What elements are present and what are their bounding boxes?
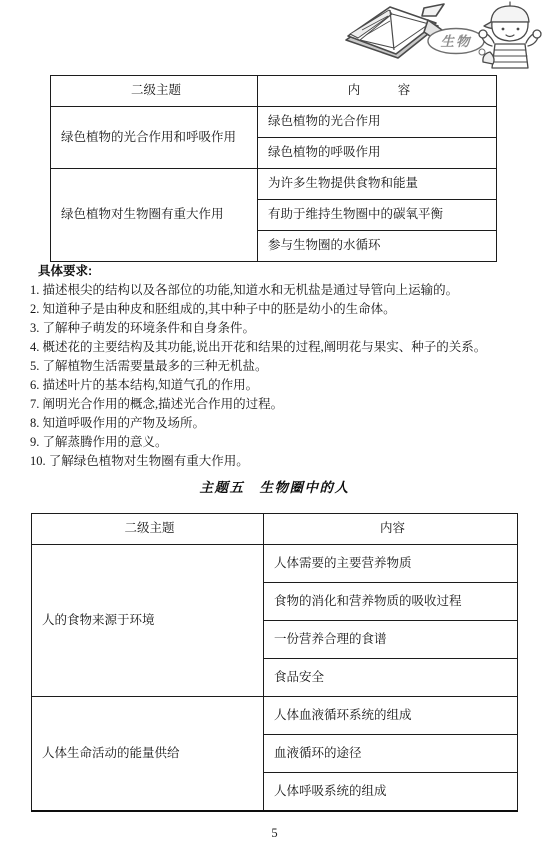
t2-col-header-content: 内容 xyxy=(264,514,518,545)
t2-content-cell: 人体血液循环系统的组成 xyxy=(264,697,518,735)
t1-content-cell: 为许多生物提供食物和能量 xyxy=(258,169,497,200)
requirement-item: 6. 描述叶片的基本结构,知道气孔的作用。 xyxy=(30,376,536,395)
t2-content-cell: 人体呼吸系统的组成 xyxy=(264,773,518,812)
student-character-icon xyxy=(479,2,541,68)
requirement-item: 8. 知道呼吸作用的产物及场所。 xyxy=(30,414,536,433)
t2-topic-cell: 人体生命活动的能量供给 xyxy=(32,697,264,812)
page-number: 5 xyxy=(0,826,549,841)
table-humans-in-biosphere: 二级主题 内容 人的食物来源于环境 人体需要的主要营养物质 食物的消化和营养物质… xyxy=(31,513,518,812)
section-heading-topic5: 主题五 生物圈中的人 xyxy=(0,476,549,496)
t2-content-cell: 人体需要的主要营养物质 xyxy=(264,545,518,583)
requirement-item: 1. 描述根尖的结构以及各部位的功能,知道水和无机盐是通过导管向上运输的。 xyxy=(30,281,536,300)
document-page: 生物 xyxy=(0,0,549,847)
t1-col-header-content: 内 容 xyxy=(258,76,497,107)
t1-topic-cell: 绿色植物对生物圈有重大作用 xyxy=(51,169,258,262)
t2-content-cell: 食品安全 xyxy=(264,659,518,697)
requirement-item: 4. 概述花的主要结构及其功能,说出开花和结果的过程,阐明花与果实、种子的关系。 xyxy=(30,338,536,357)
t1-topic-cell: 绿色植物的光合作用和呼吸作用 xyxy=(51,107,258,169)
t1-col-header-topic: 二级主题 xyxy=(51,76,258,107)
requirements-section: 具体要求: 1. 描述根尖的结构以及各部位的功能,知道水和无机盐是通过导管向上运… xyxy=(30,262,536,471)
subject-bubble: 生物 xyxy=(428,29,485,56)
t2-content-cell: 血液循环的途径 xyxy=(264,735,518,773)
t2-col-header-topic: 二级主题 xyxy=(32,514,264,545)
requirement-item: 3. 了解种子萌发的环境条件和自身条件。 xyxy=(30,319,536,338)
t1-content-cell: 参与生物圈的水循环 xyxy=(258,231,497,262)
requirements-heading: 具体要求: xyxy=(38,262,536,281)
t1-content-cell: 绿色植物的呼吸作用 xyxy=(258,138,497,169)
header-illustration: 生物 xyxy=(332,0,549,72)
t2-content-cell: 食物的消化和营养物质的吸收过程 xyxy=(264,583,518,621)
t1-content-cell: 绿色植物的光合作用 xyxy=(258,107,497,138)
requirement-item: 9. 了解蒸腾作用的意义。 xyxy=(30,433,536,452)
requirement-item: 10. 了解绿色植物对生物圈有重大作用。 xyxy=(30,452,536,471)
t2-topic-cell: 人的食物来源于环境 xyxy=(32,545,264,697)
table-green-plants: 二级主题 内 容 绿色植物的光合作用和呼吸作用 绿色植物的光合作用 绿色植物的呼… xyxy=(50,75,497,262)
book-pencil-icon xyxy=(346,4,450,58)
requirement-item: 7. 阐明光合作用的概念,描述光合作用的过程。 xyxy=(30,395,536,414)
t1-content-cell: 有助于维持生物圈中的碳氧平衡 xyxy=(258,200,497,231)
requirement-item: 2. 知道种子是由种皮和胚组成的,其中种子中的胚是幼小的生命体。 xyxy=(30,300,536,319)
t2-content-cell: 一份营养合理的食谱 xyxy=(264,621,518,659)
requirement-item: 5. 了解植物生活需要量最多的三种无机盐。 xyxy=(30,357,536,376)
subject-label: 生物 xyxy=(441,34,472,49)
